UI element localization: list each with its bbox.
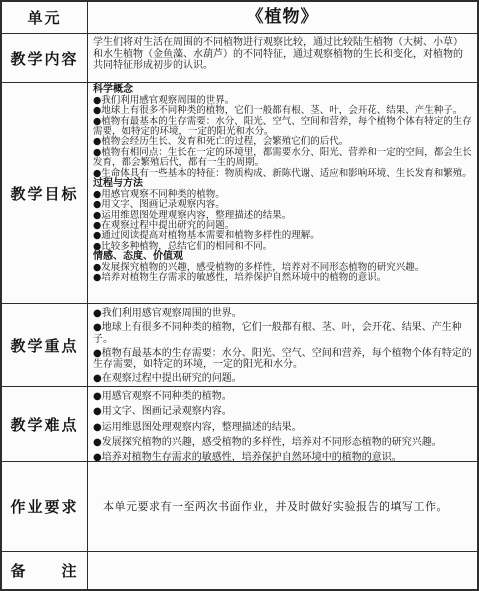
bullet-item: ●培养对植物生存需求的敏感性，培养保护自然环境中的植物的意识。 (93, 273, 473, 283)
bullet-item: ●地球上有很多不同种类的植物，它们一般都有根、茎、叶，会开花、结果、产生种子。 (93, 322, 472, 345)
row-teaching-goals: 教学目标 科学概念 ●我们利用感官观察周围的世界。●地球上有很多不同种类的植物，… (2, 82, 477, 303)
bullet-item: ●发展探究植物的兴趣，感受植物的多样性，培养对不同形态植物的研究兴趣。 (93, 437, 472, 449)
teaching-difficulty-list: ●用感官观察不同种类的植物。●用文字、图画记录观察内容。●运用维恩图处理观察内容… (88, 387, 477, 461)
remarks-content (88, 552, 477, 589)
bullet-item: ●植物有最基本的生存需要：水分、阳光、空气、空间和营养，每个植物个体有特定的生存… (93, 348, 472, 371)
unit-label: 单元 (2, 2, 88, 33)
bullet-item: ●植物有相同点：生长在一定的环境里，都需要水分、阳光、营养和一定的空间，都会生长… (93, 148, 473, 169)
process-methods-list: ●用感官观察不同种类的植物。●用文字、图画记录观察内容。●运用维恩图处理观察内容… (93, 190, 473, 252)
row-remarks: 备 注 (2, 551, 477, 589)
row-homework-requirements: 作业要求 本单元要求有一至两次书面作业，并及时做好实验报告的填写工作。 (2, 461, 477, 551)
emotion-attitude-values-list: ●发展探究植物的兴趣，感受植物的多样性，培养对不同形态植物的研究兴趣。●培养对植… (93, 263, 473, 284)
row-teaching-focus: 教学重点 ●我们利用感官观察周围的世界。●地球上有很多不同种类的植物，它们一般都… (2, 303, 477, 386)
science-concepts-list: ●我们利用感官观察周围的世界。●地球上有很多不同种类的植物，它们一般都有根、茎、… (93, 96, 473, 179)
teaching-content-text: 学生们将对生活在周围的不同植物进行观察比较，通过比较陆生植物（大树、小草）和水生… (88, 34, 477, 82)
homework-requirements-text: 本单元要求有一至两次书面作业，并及时做好实验报告的填写工作。 (88, 462, 477, 551)
section-process-methods: 过程与方法 ●用感官观察不同种类的植物。●用文字、图画记录观察内容。●运用维恩图… (93, 179, 473, 252)
bullet-item: ●培养对植物生存需求的敏感性，培养保护自然环境中的植物的意识。 (93, 452, 472, 461)
bullet-item: ●用感官观察不同种类的植物。 (93, 391, 472, 403)
homework-requirements-label: 作业要求 (2, 462, 88, 551)
bullet-item: ●用文字、图画记录观察内容。 (93, 406, 472, 418)
bullet-item: ●植物有最基本的生存需要：水分、阳光、空气、空间和营养，每个植物个体有特定的生存… (93, 117, 473, 138)
teaching-goals-content: 科学概念 ●我们利用感官观察周围的世界。●地球上有很多不同种类的植物，它们一般都… (88, 83, 477, 303)
remarks-label: 备 注 (2, 552, 88, 589)
bullet-item: ●生命体具有一些基本的特征：物质构成、新陈代谢、适应和影响环境、生长发育和繁殖。 (93, 169, 473, 179)
bullet-item: ●运用维恩图处理观察内容，整理描述的结果。 (93, 422, 472, 434)
teaching-focus-list: ●我们利用感官观察周围的世界。●地球上有很多不同种类的植物，它们一般都有根、茎、… (88, 304, 477, 386)
bullet-item: ●在观察过程中提出研究的问题。 (93, 373, 472, 385)
teaching-plan-document: 单元 《植物》 教学内容 学生们将对生活在周围的不同植物进行观察比较，通过比较陆… (0, 0, 479, 591)
row-teaching-difficulty: 教学难点 ●用感官观察不同种类的植物。●用文字、图画记录观察内容。●运用维恩图处… (2, 386, 477, 461)
row-teaching-content: 教学内容 学生们将对生活在周围的不同植物进行观察比较，通过比较陆生植物（大树、小… (2, 33, 477, 82)
teaching-goals-label: 教学目标 (2, 83, 88, 303)
section-science-concepts: 科学概念 ●我们利用感官观察周围的世界。●地球上有很多不同种类的植物，它们一般都… (93, 85, 473, 179)
teaching-focus-label: 教学重点 (2, 304, 88, 386)
teaching-content-label: 教学内容 (2, 34, 88, 82)
unit-title: 《植物》 (88, 2, 477, 33)
bullet-item: ●我们利用感官观察周围的世界。 (93, 308, 472, 320)
row-unit: 单元 《植物》 (2, 2, 477, 33)
teaching-difficulty-label: 教学难点 (2, 387, 88, 461)
section-emotion-attitude-values: 情感、态度、价值观 ●发展探究植物的兴趣，感受植物的多样性，培养对不同形态植物的… (93, 252, 473, 284)
